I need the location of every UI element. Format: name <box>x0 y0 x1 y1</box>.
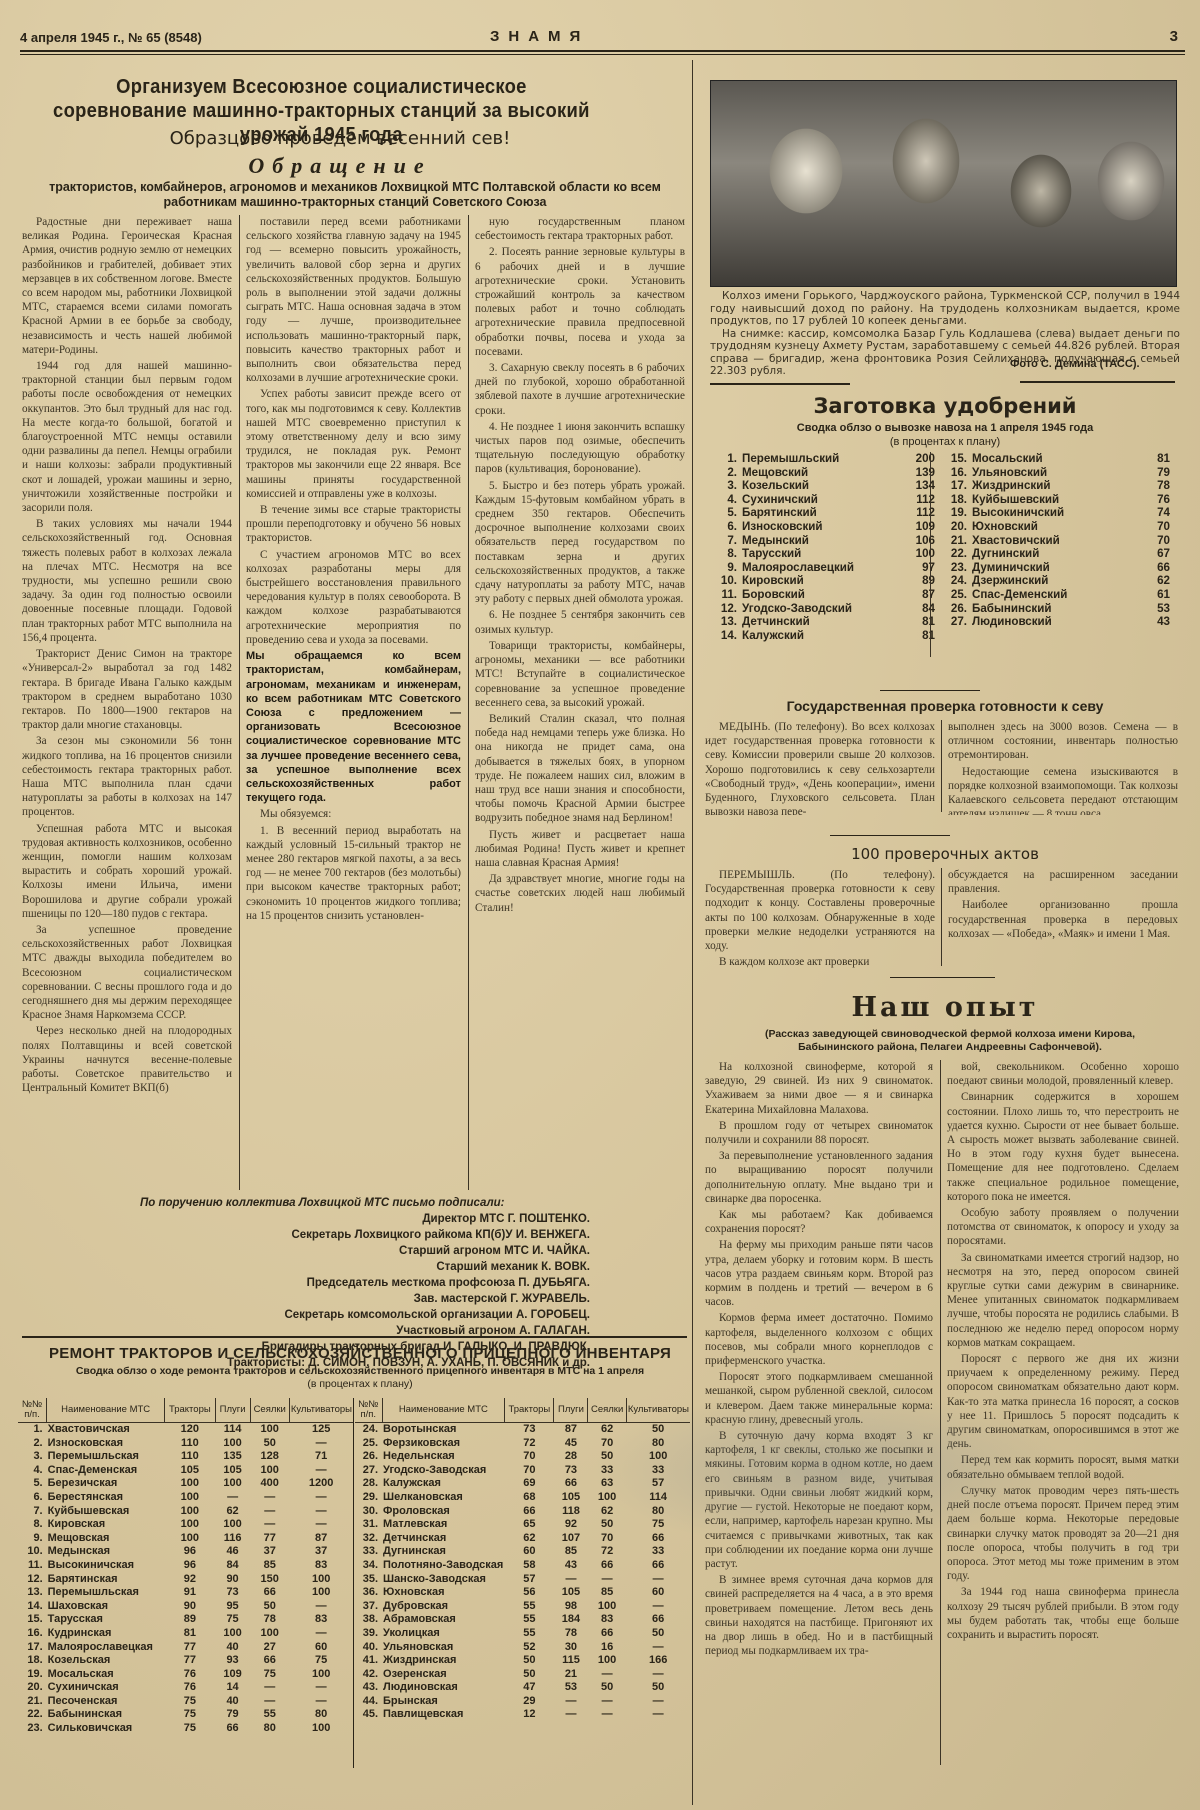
fertilizer-n: 3. <box>715 479 737 493</box>
acts-column-1: ПЕРЕМЫШЛЬ. (По телефону). Государственна… <box>705 868 935 968</box>
table-row: 26.Недельнская702850100 <box>355 1450 690 1464</box>
table-cell: 58 <box>505 1559 554 1573</box>
fertilizer-value: 84 <box>895 602 935 616</box>
acts-text-4: Наиболее организованно прошла государств… <box>948 898 1178 941</box>
fertilizer-list-right: 15.Мосальский8116.Ульяновский7917.Жиздри… <box>945 452 1170 629</box>
table-cell: 1200 <box>289 1477 353 1491</box>
divider-arrow-right <box>1020 381 1175 383</box>
paragraph: Через несколько дней на плодородных поля… <box>22 1024 232 1095</box>
fertilizer-n: 16. <box>945 466 967 480</box>
table-cell: 90 <box>165 1600 215 1614</box>
table-cell: — <box>289 1627 353 1641</box>
paragraph: Успех работы зависит прежде всего от тог… <box>246 387 461 501</box>
fertilizer-value: 81 <box>895 629 935 643</box>
table-cell: 83 <box>289 1559 353 1573</box>
table-cell: — <box>588 1668 626 1682</box>
table-cell: 29. <box>355 1491 382 1505</box>
table-cell: 60 <box>626 1586 690 1600</box>
table-cell: 75 <box>250 1668 289 1682</box>
table-cell: 100 <box>289 1722 353 1736</box>
table-row: 44.Брынская29——— <box>355 1695 690 1709</box>
table-cell: — <box>554 1708 588 1722</box>
photo-kolkhoz-payout <box>710 80 1177 287</box>
table-cell: Полотняно-Заводская <box>382 1559 505 1573</box>
table-cell: 100 <box>588 1491 626 1505</box>
table-cell: 85 <box>554 1545 588 1559</box>
table-cell: 6. <box>18 1491 47 1505</box>
table-cell: 50 <box>505 1668 554 1682</box>
table-cell: 50 <box>588 1450 626 1464</box>
column-header: Тракторы <box>505 1398 554 1423</box>
table-cell: 27 <box>250 1641 289 1655</box>
table-cell: 45. <box>355 1708 382 1722</box>
table-cell: 12 <box>505 1708 554 1722</box>
table-cell: 87 <box>554 1423 588 1437</box>
appeal-column-2: поставили перед всеми работниками сельск… <box>246 215 461 1190</box>
table-cell: 30. <box>355 1505 382 1519</box>
fertilizer-name: Медынский <box>742 534 895 548</box>
fertilizer-n: 24. <box>945 574 967 588</box>
column-rule <box>941 868 942 966</box>
column-header: Плуги <box>554 1398 588 1423</box>
table-cell: 91 <box>165 1586 215 1600</box>
table-cell: 44. <box>355 1695 382 1709</box>
fertilizer-row: 10.Кировский89 <box>715 574 935 588</box>
table-cell: 78 <box>554 1627 588 1641</box>
column-header: Плуги <box>215 1398 250 1423</box>
table-cell: Барятинская <box>47 1573 165 1587</box>
fertilizer-n: 2. <box>715 466 737 480</box>
paragraph: 1944 год для нашей машинно-тракторной ст… <box>22 359 232 515</box>
table-row: 5.Березичская1001004001200 <box>18 1477 353 1491</box>
table-cell: 83 <box>289 1613 353 1627</box>
table-cell: 33 <box>588 1464 626 1478</box>
paragraph: За 1944 год наша свиноферма принесла кол… <box>947 1585 1179 1642</box>
fertilizer-name: Дугнинский <box>972 547 1130 561</box>
fertilizer-row: 23.Думиничский66 <box>945 561 1170 575</box>
column-header: Наименование МТС <box>47 1398 165 1423</box>
table-cell: 20. <box>18 1681 47 1695</box>
appeal-column-1: Радостные дни переживает наша великая Ро… <box>22 215 232 1325</box>
table-cell: 84 <box>215 1559 250 1573</box>
table-cell: 100 <box>289 1668 353 1682</box>
fertilizer-list-left: 1.Перемышльский2002.Мещовский1393.Козель… <box>715 452 935 642</box>
fertilizer-value: 70 <box>1130 520 1170 534</box>
fertilizer-name: Куйбышевский <box>972 493 1130 507</box>
table-cell: 80 <box>626 1437 690 1451</box>
table-cell: 55 <box>250 1708 289 1722</box>
paper-name: ЗНАМЯ <box>490 28 589 45</box>
fertilizer-name: Износковский <box>742 520 895 534</box>
fertilizer-row: 13.Детчинский81 <box>715 615 935 629</box>
signer: Председатель месткома профсоюза П. ДУБЬЯ… <box>140 1275 590 1291</box>
table-cell: 77 <box>165 1641 215 1655</box>
column-rule <box>239 215 240 1190</box>
table-cell: 72 <box>588 1545 626 1559</box>
table-top-rule <box>22 1336 687 1338</box>
table-cell: 89 <box>165 1613 215 1627</box>
table-cell: 16 <box>588 1641 626 1655</box>
paragraph: 6. Не позднее 5 сентября закончить сев о… <box>475 608 685 636</box>
fertilizer-value: 200 <box>895 452 935 466</box>
table-cell: 100 <box>165 1477 215 1491</box>
fertilizer-value: 112 <box>895 506 935 520</box>
paragraph: Радостные дни переживает наша великая Ро… <box>22 215 232 357</box>
fertilizer-title: Заготовка удобрений <box>710 394 1180 418</box>
signer: Старший механик К. ВОВК. <box>140 1259 590 1275</box>
fertilizer-n: 15. <box>945 452 967 466</box>
table-cell: 95 <box>215 1600 250 1614</box>
table-cell: Юхновская <box>382 1586 505 1600</box>
dateline: 4 апреля 1945 г., № 65 (8548) <box>20 30 202 45</box>
table-cell: 100 <box>289 1586 353 1600</box>
acts-title: 100 проверочных актов <box>710 845 1180 863</box>
table-cell: 27. <box>355 1464 382 1478</box>
table-cell: 33 <box>626 1464 690 1478</box>
table-cell: 14 <box>215 1681 250 1695</box>
table-cell: — <box>626 1668 690 1682</box>
table-cell: Спас-Деменская <box>47 1464 165 1478</box>
acts-column-2: обсуждается на расширенном заседании пра… <box>948 868 1178 968</box>
table-cell: Сильковичская <box>47 1722 165 1736</box>
table-cell: 81 <box>165 1627 215 1641</box>
fertilizer-value: 100 <box>895 547 935 561</box>
table-cell: 47 <box>505 1681 554 1695</box>
table-row: 16.Кудринская81100100— <box>18 1627 353 1641</box>
table-cell: 96 <box>165 1545 215 1559</box>
paragraph: поставили перед всеми работниками сельск… <box>246 215 461 385</box>
table-row: 19.Мосальская7610975100 <box>18 1668 353 1682</box>
fertilizer-unit: (в процентах к плану) <box>710 435 1180 449</box>
fertilizer-n: 10. <box>715 574 737 588</box>
photo-caption-text-2: На снимке: кассир, комсомолка Базар Гуль… <box>710 328 1180 378</box>
table-cell: 62 <box>588 1423 626 1437</box>
paragraph: Свинарник содержится в хорошем состоянии… <box>947 1090 1179 1204</box>
table-cell: 53 <box>554 1681 588 1695</box>
fertilizer-name: Мосальский <box>972 452 1130 466</box>
signer: Старший агроном МТС И. ЧАЙКА. <box>140 1243 590 1259</box>
paragraph: В прошлом году от четырех свиноматок пол… <box>705 1119 933 1147</box>
table-cell: 70 <box>588 1437 626 1451</box>
table-cell: Воротынская <box>382 1423 505 1437</box>
table-cell: — <box>626 1641 690 1655</box>
table-row: 24.Воротынская73876250 <box>355 1423 690 1437</box>
fertilizer-value: 66 <box>1130 561 1170 575</box>
table-cell: 100 <box>165 1532 215 1546</box>
fertilizer-name: Хвастовичский <box>972 534 1130 548</box>
table-cell: 92 <box>165 1573 215 1587</box>
table-cell: 42. <box>355 1668 382 1682</box>
table-cell: 69 <box>505 1477 554 1491</box>
fertilizer-name: Спас-Деменский <box>972 588 1130 602</box>
fertilizer-row: 25.Спас-Деменский61 <box>945 588 1170 602</box>
paragraph: 4. Не позднее 1 июня закончить вспашку ч… <box>475 420 685 477</box>
table-row: 32.Детчинская621077066 <box>355 1532 690 1546</box>
fertilizer-value: 61 <box>1130 588 1170 602</box>
table-row: 14.Шаховская909550— <box>18 1600 353 1614</box>
table-cell: 25. <box>355 1437 382 1451</box>
acts-text-1: ПЕРЕМЫШЛЬ. (По телефону). Государственна… <box>705 868 935 953</box>
table-row: 23.Сильковичская756680100 <box>18 1722 353 1736</box>
table-cell: 21. <box>18 1695 47 1709</box>
table-cell: 128 <box>250 1450 289 1464</box>
table-cell: 100 <box>215 1437 250 1451</box>
table-cell: Перемышльская <box>47 1586 165 1600</box>
table-cell: 22. <box>18 1708 47 1722</box>
table-cell: 11. <box>18 1559 47 1573</box>
fertilizer-value: 62 <box>1130 574 1170 588</box>
table-cell: Брынская <box>382 1695 505 1709</box>
fertilizer-row: 16.Ульяновский79 <box>945 466 1170 480</box>
table-cell: — <box>289 1600 353 1614</box>
fertilizer-row: 20.Юхновский70 <box>945 520 1170 534</box>
table-cell: Детчинская <box>382 1532 505 1546</box>
table-row: 41.Жиздринская50115100166 <box>355 1654 690 1668</box>
table-cell: 70 <box>588 1532 626 1546</box>
inspection-column-2: выполнен здесь на 3000 возов. Семена — в… <box>948 720 1178 815</box>
table-cell: 76 <box>165 1668 215 1682</box>
fertilizer-n: 12. <box>715 602 737 616</box>
table-cell: 76 <box>165 1681 215 1695</box>
table-row: 28.Калужская69666357 <box>355 1477 690 1491</box>
table-cell: Берестянская <box>47 1491 165 1505</box>
fertilizer-n: 9. <box>715 561 737 575</box>
table-cell: 87 <box>289 1532 353 1546</box>
table-cell: Бабынинская <box>47 1708 165 1722</box>
table-cell: 100 <box>250 1464 289 1478</box>
table-cell: 15. <box>18 1613 47 1627</box>
column-header: Культиваторы <box>626 1398 690 1423</box>
fertilizer-row: 21.Хвастовичский70 <box>945 534 1170 548</box>
table-cell: Шаховская <box>47 1600 165 1614</box>
table-cell: 45 <box>554 1437 588 1451</box>
inspection-column-1: МЕДЫНЬ. (По телефону). Во всех колхозах … <box>705 720 935 815</box>
table-cell: — <box>250 1491 289 1505</box>
fertilizer-value: 81 <box>1130 452 1170 466</box>
table-cell: 75 <box>165 1695 215 1709</box>
table-row: 30.Фроловская661186280 <box>355 1505 690 1519</box>
table-cell: 73 <box>505 1423 554 1437</box>
table-cell: 70 <box>505 1450 554 1464</box>
table-row: 38.Абрамовская551848366 <box>355 1613 690 1627</box>
table-cell: 40 <box>215 1695 250 1709</box>
paragraph: В течение зимы все старые трактористы пр… <box>246 503 461 546</box>
table-cell: 30 <box>554 1641 588 1655</box>
table-cell: 114 <box>626 1491 690 1505</box>
table-cell: Людиновская <box>382 1681 505 1695</box>
table-cell: Ульяновская <box>382 1641 505 1655</box>
paragraph: На колхозной свиноферме, которой я завед… <box>705 1060 933 1117</box>
fertilizer-n: 20. <box>945 520 967 534</box>
table-cell: Сухиничская <box>47 1681 165 1695</box>
table-cell: 184 <box>554 1613 588 1627</box>
table-cell: 100 <box>215 1627 250 1641</box>
paragraph: Успешная работа МТС и высокая трудовая а… <box>22 822 232 921</box>
table-cell: 52 <box>505 1641 554 1655</box>
table-cell: 33. <box>355 1545 382 1559</box>
fertilizer-name: Бабынинский <box>972 602 1130 616</box>
fertilizer-value: 67 <box>1130 547 1170 561</box>
table-cell: 114 <box>215 1423 250 1437</box>
table-cell: 2. <box>18 1437 47 1451</box>
fertilizer-n: 22. <box>945 547 967 561</box>
fertilizer-value: 43 <box>1130 615 1170 629</box>
signer: Секретарь Лохвицкого райкома КП(б)У И. В… <box>140 1227 590 1243</box>
table-cell: — <box>626 1573 690 1587</box>
table-cell: 110 <box>165 1450 215 1464</box>
fertilizer-value: 139 <box>895 466 935 480</box>
paragraph: 5. Быстро и без потерь убрать урожай. Ка… <box>475 479 685 607</box>
table-cell: 109 <box>215 1668 250 1682</box>
table-cell: Березичская <box>47 1477 165 1491</box>
table-cell: 100 <box>588 1600 626 1614</box>
table-cell: Козельская <box>47 1654 165 1668</box>
fertilizer-value: 106 <box>895 534 935 548</box>
paragraph: 1. В весенний период выработать на кажды… <box>246 824 461 923</box>
table-cell: 50 <box>588 1681 626 1695</box>
table-cell: 40 <box>215 1641 250 1655</box>
column-header: Сеялки <box>588 1398 626 1423</box>
fertilizer-value: 109 <box>895 520 935 534</box>
fertilizer-subtitle-text: Сводка облзо о вывозке навоза на 1 апрел… <box>710 421 1180 435</box>
fertilizer-name: Боровский <box>742 588 895 602</box>
table-cell: 57 <box>626 1477 690 1491</box>
table-cell: — <box>289 1464 353 1478</box>
table-cell: 105 <box>554 1491 588 1505</box>
fertilizer-row: 15.Мосальский81 <box>945 452 1170 466</box>
table-cell: 35. <box>355 1573 382 1587</box>
table-cell: — <box>588 1695 626 1709</box>
table-cell: 66 <box>588 1627 626 1641</box>
repair-title: РЕМОНТ ТРАКТОРОВ И СЕЛЬСКОХОЗЯЙСТВЕННОГО… <box>30 1345 690 1362</box>
fertilizer-n: 18. <box>945 493 967 507</box>
table-cell: 66 <box>626 1532 690 1546</box>
paragraph: Мы обращаемся ко всем трактористам, комб… <box>246 649 461 805</box>
fertilizer-name: Перемышльский <box>742 452 895 466</box>
divider <box>880 690 980 691</box>
table-cell: 50 <box>250 1437 289 1451</box>
table-cell: — <box>289 1518 353 1532</box>
table-cell: 57 <box>505 1573 554 1587</box>
table-row: 33.Дугнинская60857233 <box>355 1545 690 1559</box>
fertilizer-row: 14.Калужский81 <box>715 629 935 643</box>
table-row: 25.Ферзиковская72457080 <box>355 1437 690 1451</box>
table-cell: 19. <box>18 1668 47 1682</box>
fertilizer-n: 25. <box>945 588 967 602</box>
table-row: 20.Сухиничская7614—— <box>18 1681 353 1695</box>
fertilizer-name: Детчинский <box>742 615 895 629</box>
fertilizer-n: 1. <box>715 452 737 466</box>
table-row: 13.Перемышльская917366100 <box>18 1586 353 1600</box>
paragraph: В зимнее время суточная дача кормов для … <box>705 1573 933 1658</box>
fertilizer-row: 4.Сухиничский112 <box>715 493 935 507</box>
table-cell: 7. <box>18 1505 47 1519</box>
table-cell: 37 <box>289 1545 353 1559</box>
table-cell: 43 <box>554 1559 588 1573</box>
table-cell: 62 <box>588 1505 626 1519</box>
lead-slogan: Образцово проведем весенний сев! <box>70 128 610 149</box>
table-cell: 50 <box>626 1423 690 1437</box>
fertilizer-n: 23. <box>945 561 967 575</box>
fertilizer-value: 76 <box>1130 493 1170 507</box>
table-cell: 18. <box>18 1654 47 1668</box>
table-cell: — <box>588 1708 626 1722</box>
table-cell: 60 <box>289 1641 353 1655</box>
fertilizer-value: 74 <box>1130 506 1170 520</box>
column-header: Культиваторы <box>289 1398 353 1423</box>
table-cell: 85 <box>588 1586 626 1600</box>
fertilizer-n: 6. <box>715 520 737 534</box>
table-row: 12.Барятинская9290150100 <box>18 1573 353 1587</box>
fertilizer-row: 7.Медынский106 <box>715 534 935 548</box>
fertilizer-row: 19.Высокиничский74 <box>945 506 1170 520</box>
table-row: 4.Спас-Деменская105105100— <box>18 1464 353 1478</box>
table-row: 1.Хвастовичская120114100125 <box>18 1423 353 1437</box>
fertilizer-name: Сухиничский <box>742 493 895 507</box>
photo-caption-text: Колхоз имени Горького, Чарджоуского райо… <box>710 290 1180 328</box>
signer: Секретарь комсомольской организации А. Г… <box>140 1307 590 1323</box>
paragraph: С участием агрономов МТС во всех колхоза… <box>246 548 461 647</box>
fertilizer-row: 22.Дугнинский67 <box>945 547 1170 561</box>
repair-subtitle-text: Сводка облзо о ходе ремонта тракторов и … <box>30 1365 690 1378</box>
table-cell: 24. <box>355 1423 382 1437</box>
table-row: 8.Кировская100100—— <box>18 1518 353 1532</box>
fertilizer-n: 27. <box>945 615 967 629</box>
table-row: 3.Перемышльская11013512871 <box>18 1450 353 1464</box>
table-cell: 98 <box>554 1600 588 1614</box>
signer: Зав. мастерской Г. ЖУРАВЕЛЬ. <box>140 1291 590 1307</box>
table-cell: Дубровская <box>382 1600 505 1614</box>
paragraph: В таких условиях мы начали 1944 сельскох… <box>22 517 232 645</box>
table-cell: 125 <box>289 1423 353 1437</box>
fertilizer-value: 134 <box>895 479 935 493</box>
table-row: 10.Медынская96463737 <box>18 1545 353 1559</box>
table-cell: 28. <box>355 1477 382 1491</box>
table-row: 6.Берестянская100——— <box>18 1491 353 1505</box>
fertilizer-name: Барятинский <box>742 506 895 520</box>
table-cell: 50 <box>626 1681 690 1695</box>
acts-text-3: обсуждается на расширенном заседании пра… <box>948 868 1178 896</box>
fertilizer-row: 8.Тарусский100 <box>715 547 935 561</box>
fertilizer-name: Угодско-Заводский <box>742 602 895 616</box>
fertilizer-value: 81 <box>895 615 935 629</box>
signers-lead: По поручению коллектива Лохвицкой МТС пи… <box>140 1195 590 1211</box>
table-cell: Шанско-Заводская <box>382 1573 505 1587</box>
table-cell: 38. <box>355 1613 382 1627</box>
fertilizer-n: 11. <box>715 588 737 602</box>
fertilizer-row: 9.Малоярославецкий97 <box>715 561 935 575</box>
table-cell: 166 <box>626 1654 690 1668</box>
table-cell: 31. <box>355 1518 382 1532</box>
paragraph: Великий Сталин сказал, что полная победа… <box>475 712 685 826</box>
table-row: 15.Тарусская89757883 <box>18 1613 353 1627</box>
table-cell: Тарусская <box>47 1613 165 1627</box>
table-cell: 62 <box>505 1532 554 1546</box>
fertilizer-value: 79 <box>1130 466 1170 480</box>
newspaper-page: 4 апреля 1945 г., № 65 (8548) ЗНАМЯ 3 Ор… <box>10 0 1190 1810</box>
table-cell: 68 <box>505 1491 554 1505</box>
fertilizer-rule <box>930 452 931 657</box>
table-cell: 56 <box>505 1586 554 1600</box>
table-cell: Жиздринская <box>382 1654 505 1668</box>
table-row: 39.Уколицкая55786650 <box>355 1627 690 1641</box>
table-row: 31.Матлевская65925075 <box>355 1518 690 1532</box>
column-header: Наименование МТС <box>382 1398 505 1423</box>
table-cell: 96 <box>165 1559 215 1573</box>
inspection-text-2: выполнен здесь на 3000 возов. Семена — в… <box>948 720 1178 763</box>
table-cell: 50 <box>588 1518 626 1532</box>
paragraph: За свиноматками имеется строгий надзор, … <box>947 1251 1179 1350</box>
